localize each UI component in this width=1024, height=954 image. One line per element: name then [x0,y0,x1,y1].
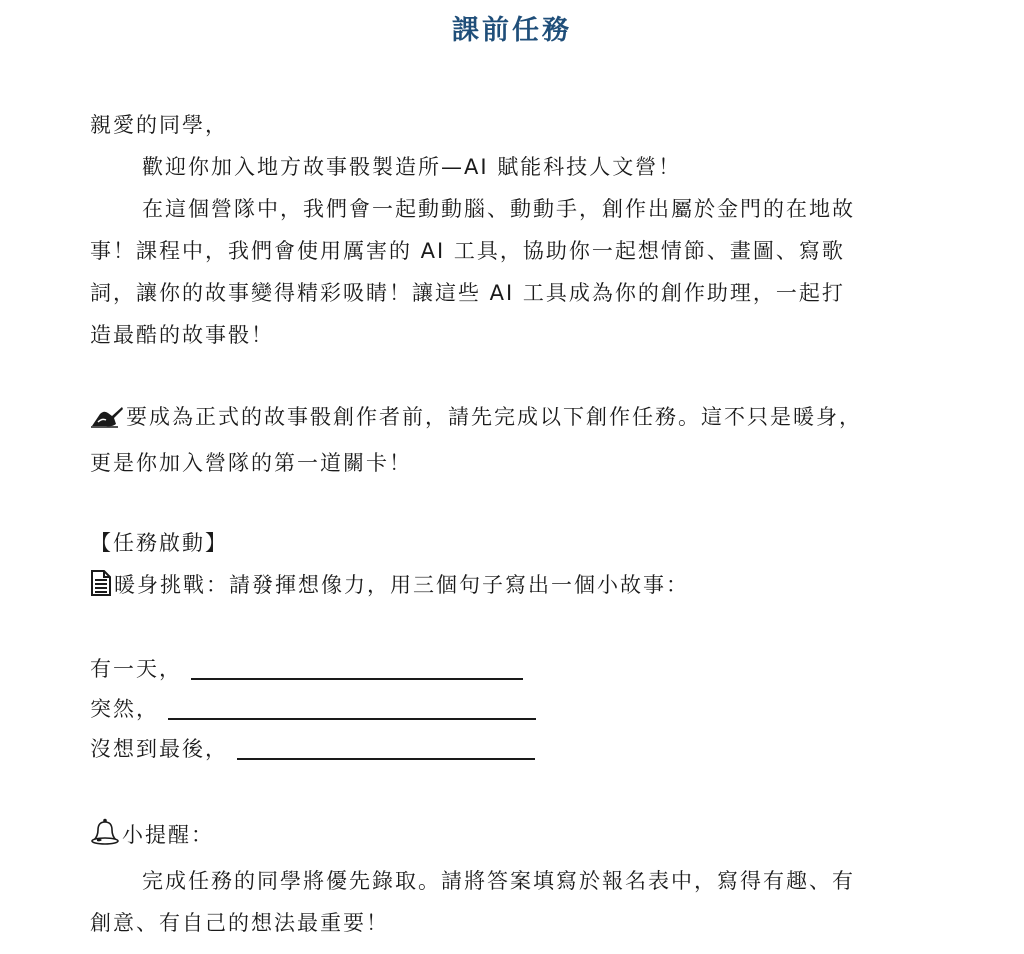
welcome-line: 歡迎你加入地方故事骰製造所—AI 賦能科技人文營！ [90,146,940,188]
challenge-line: 暖身挑戰：請發揮想像力，用三個句子寫出一個小故事： [90,564,940,610]
prompt-row-3: 沒想到最後， [90,728,940,770]
notice-text-1: 要成為正式的故事骰創作者前，請先完成以下創作任務。這不只是暖身， [126,405,862,429]
reminder-line-1: 完成任務的同學將優先錄取。請將答案填寫於報名表中，寫得有趣、有 [90,860,940,902]
reminder-heading: 小提醒： [122,823,214,847]
challenge-text: 暖身挑戰：請發揮想像力，用三個句子寫出一個小故事： [114,573,689,597]
document-icon [90,568,112,610]
mission-heading: 【任務啟動】 [90,522,940,564]
greeting: 親愛的同學， [90,104,940,146]
mission-section: 【任務啟動】 暖身挑戰：請發揮想像力，用三個句子寫出一個小故事： [90,522,940,610]
prompt-row-1: 有一天， [90,648,940,690]
notice-section: 要成為正式的故事骰創作者前，請先完成以下創作任務。這不只是暖身， 更是你加入營隊… [90,396,940,484]
writing-hand-icon [90,400,124,442]
notice-line-1: 要成為正式的故事骰創作者前，請先完成以下創作任務。這不只是暖身， [90,396,940,442]
prompt-row-2: 突然， [90,688,940,730]
prompt-label: 沒想到最後， [90,737,228,761]
intro-line-2: 事！課程中，我們會使用厲害的 AI 工具，協助你一起想情節、畫圖、寫歌 [90,230,940,272]
reminder-heading-line: 小提醒： [90,814,940,860]
reminder-section: 小提醒： 完成任務的同學將優先錄取。請將答案填寫於報名表中，寫得有趣、有 創意、… [90,814,940,944]
intro-line-3: 詞，讓你的故事變得精彩吸睛！讓這些 AI 工具成為你的創作助理，一起打 [90,272,940,314]
intro-line-4: 造最酷的故事骰！ [90,314,940,356]
answer-blank-2[interactable] [168,694,536,720]
story-prompts: 有一天， 突然， 沒想到最後， [90,648,940,770]
prompt-label: 有一天， [90,657,182,681]
reminder-line-2: 創意、有自己的想法最重要！ [90,902,940,944]
bell-icon [90,818,120,860]
answer-blank-3[interactable] [237,734,535,760]
answer-blank-1[interactable] [191,654,523,680]
prompt-label: 突然， [90,697,159,721]
page-title: 課前任務 [0,8,1024,47]
notice-line-2: 更是你加入營隊的第一道關卡！ [90,442,940,484]
intro-paragraph: 在這個營隊中，我們會一起動動腦、動動手，創作出屬於金門的在地故 事！課程中，我們… [90,188,940,356]
intro-line-1: 在這個營隊中，我們會一起動動腦、動動手，創作出屬於金門的在地故 [90,188,940,230]
greeting-section: 親愛的同學， 歡迎你加入地方故事骰製造所—AI 賦能科技人文營！ [90,104,940,188]
